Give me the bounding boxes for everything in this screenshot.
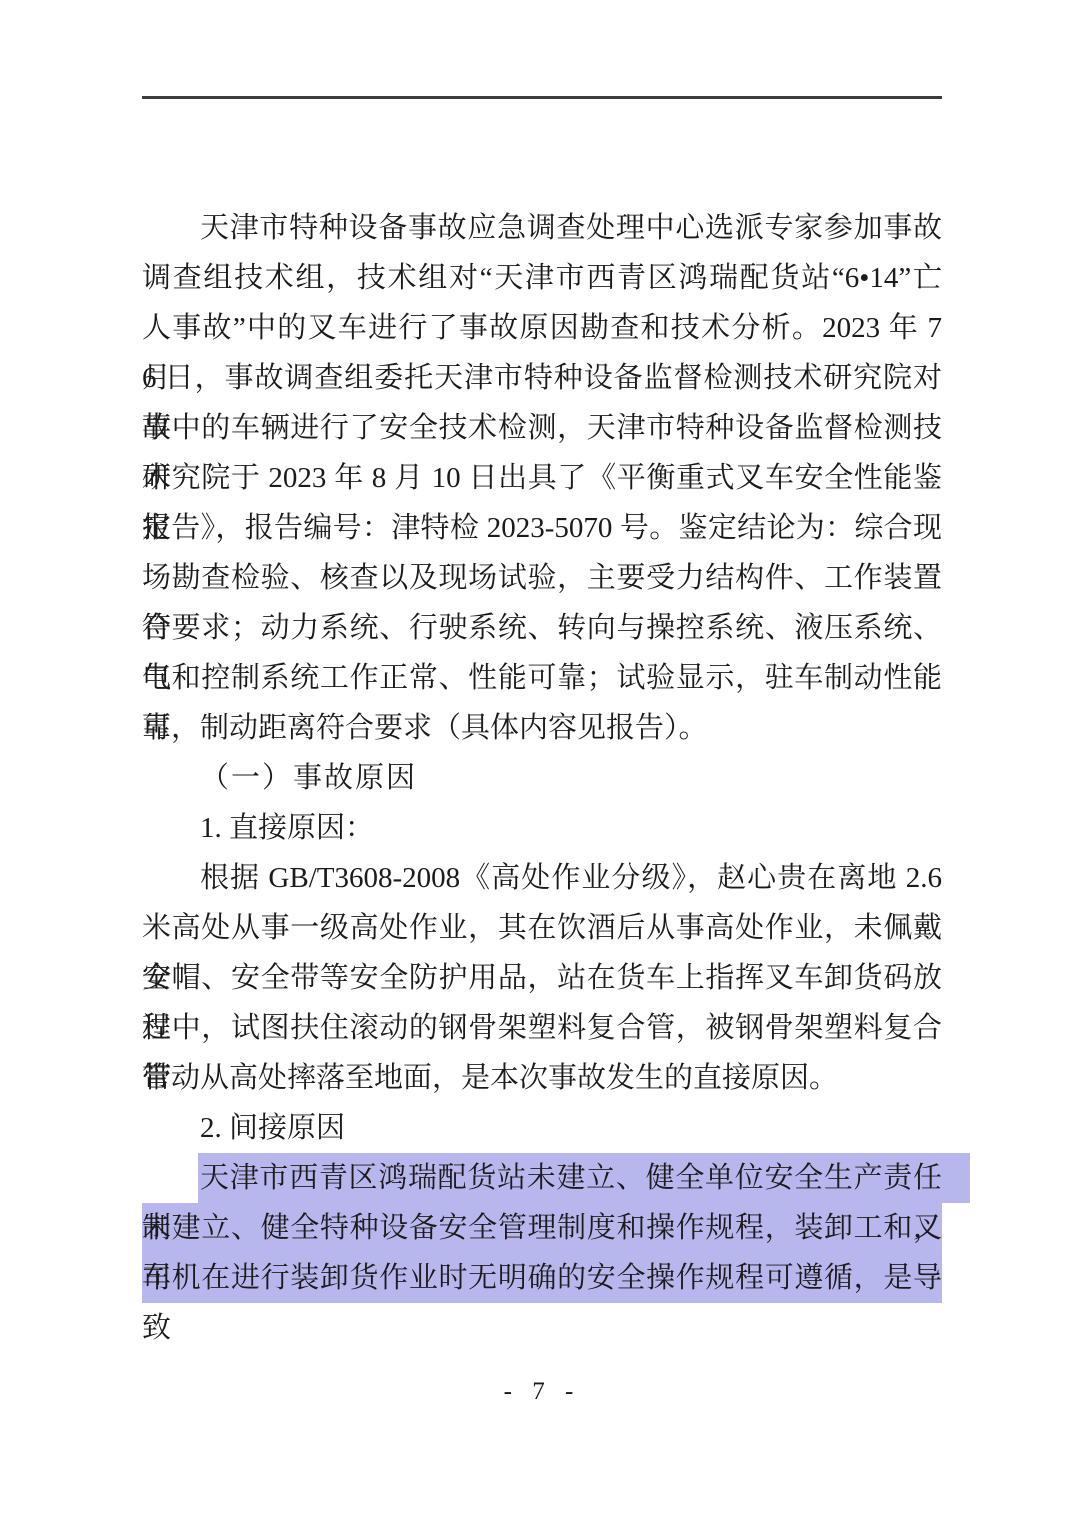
line-text: 天津市特种设备事故应急调查处理中心选派专家参加事故: [200, 212, 942, 244]
text-line: 米高处从事一级高处作业，其在饮酒后从事高处作业，未佩戴安: [142, 903, 942, 953]
text-line: 程中，试图扶住滚动的钢骨架塑料复合管，被钢骨架塑料复合管: [142, 1003, 942, 1053]
text-line: 1. 直接原因：: [142, 803, 942, 853]
line-text: 报告》，报告编号：津特检 2023-5070 号。鉴定结论为：综合现: [142, 512, 942, 544]
text-line: 6 日，事故调查组委托天津市特种设备监督检测技术研究院对事: [142, 353, 942, 403]
text-line: 人事故”中的叉车进行了事故原因勘查和技术分析。2023 年 7 月: [142, 303, 942, 353]
text-line: 未建立、健全特种设备安全管理制度和操作规程，装卸工和叉车: [142, 1203, 942, 1253]
text-line: 研究院于 2023 年 8 月 10 日出具了《平衡重式叉车安全性能鉴定: [142, 453, 942, 503]
text-line: 2. 间接原因: [142, 1103, 942, 1153]
document-page: 天津市特种设备事故应急调查处理中心选派专家参加事故调查组技术组，技术组对“天津市…: [0, 0, 1074, 1520]
page-number: - 7 -: [142, 1376, 942, 1408]
line-text: 根据 GB/T3608-2008《高处作业分级》，赵心贵在离地 2.6: [200, 862, 942, 894]
text-line: （一）事故原因: [142, 753, 942, 803]
line-text: 带动从高处摔落至地面，是本次事故发生的直接原因。: [142, 1062, 838, 1094]
document-body: 天津市特种设备事故应急调查处理中心选派专家参加事故调查组技术组，技术组对“天津市…: [142, 203, 942, 1303]
text-line: 报告》，报告编号：津特检 2023-5070 号。鉴定结论为：综合现: [142, 503, 942, 553]
text-line: 故中的车辆进行了安全技术检测，天津市特种设备监督检测技术: [142, 403, 942, 453]
line-text: 调查组技术组，技术组对“天津市西青区鸿瑞配货站“6•14”亡: [142, 262, 942, 294]
text-line: 根据 GB/T3608-2008《高处作业分级》，赵心贵在离地 2.6: [142, 853, 942, 903]
header-rule: [142, 96, 942, 99]
text-line: 场勘查检验、核查以及现场试验，主要受力结构件、工作装置符: [142, 553, 942, 603]
text-line: 天津市西青区鸿瑞配货站未建立、健全单位安全生产责任制，: [142, 1153, 942, 1203]
text-line: 合要求；动力系统、行驶系统、转向与操控系统、液压系统、电: [142, 603, 942, 653]
text-line: 气和控制系统工作正常、性能可靠；试验显示，驻车制动性能可: [142, 653, 942, 703]
text-line: 带动从高处摔落至地面，是本次事故发生的直接原因。: [142, 1053, 942, 1103]
line-text: 1. 直接原因：: [200, 812, 374, 844]
line-text: （一）事故原因: [200, 762, 417, 794]
text-line: 司机在进行装卸货作业时无明确的安全操作规程可遵循，是导致: [142, 1253, 942, 1303]
line-text: 2. 间接原因: [200, 1112, 345, 1144]
text-line: 靠，制动距离符合要求（具体内容见报告）。: [142, 703, 942, 753]
text-line: 全帽、安全带等安全防护用品，站在货车上指挥叉车卸货码放过: [142, 953, 942, 1003]
text-line: 天津市特种设备事故应急调查处理中心选派专家参加事故: [142, 203, 942, 253]
text-line: 调查组技术组，技术组对“天津市西青区鸿瑞配货站“6•14”亡: [142, 253, 942, 303]
line-text: 靠，制动距离符合要求（具体内容见报告）。: [142, 712, 708, 744]
line-text: 司机在进行装卸货作业时无明确的安全操作规程可遵循，是导致: [142, 1262, 942, 1344]
